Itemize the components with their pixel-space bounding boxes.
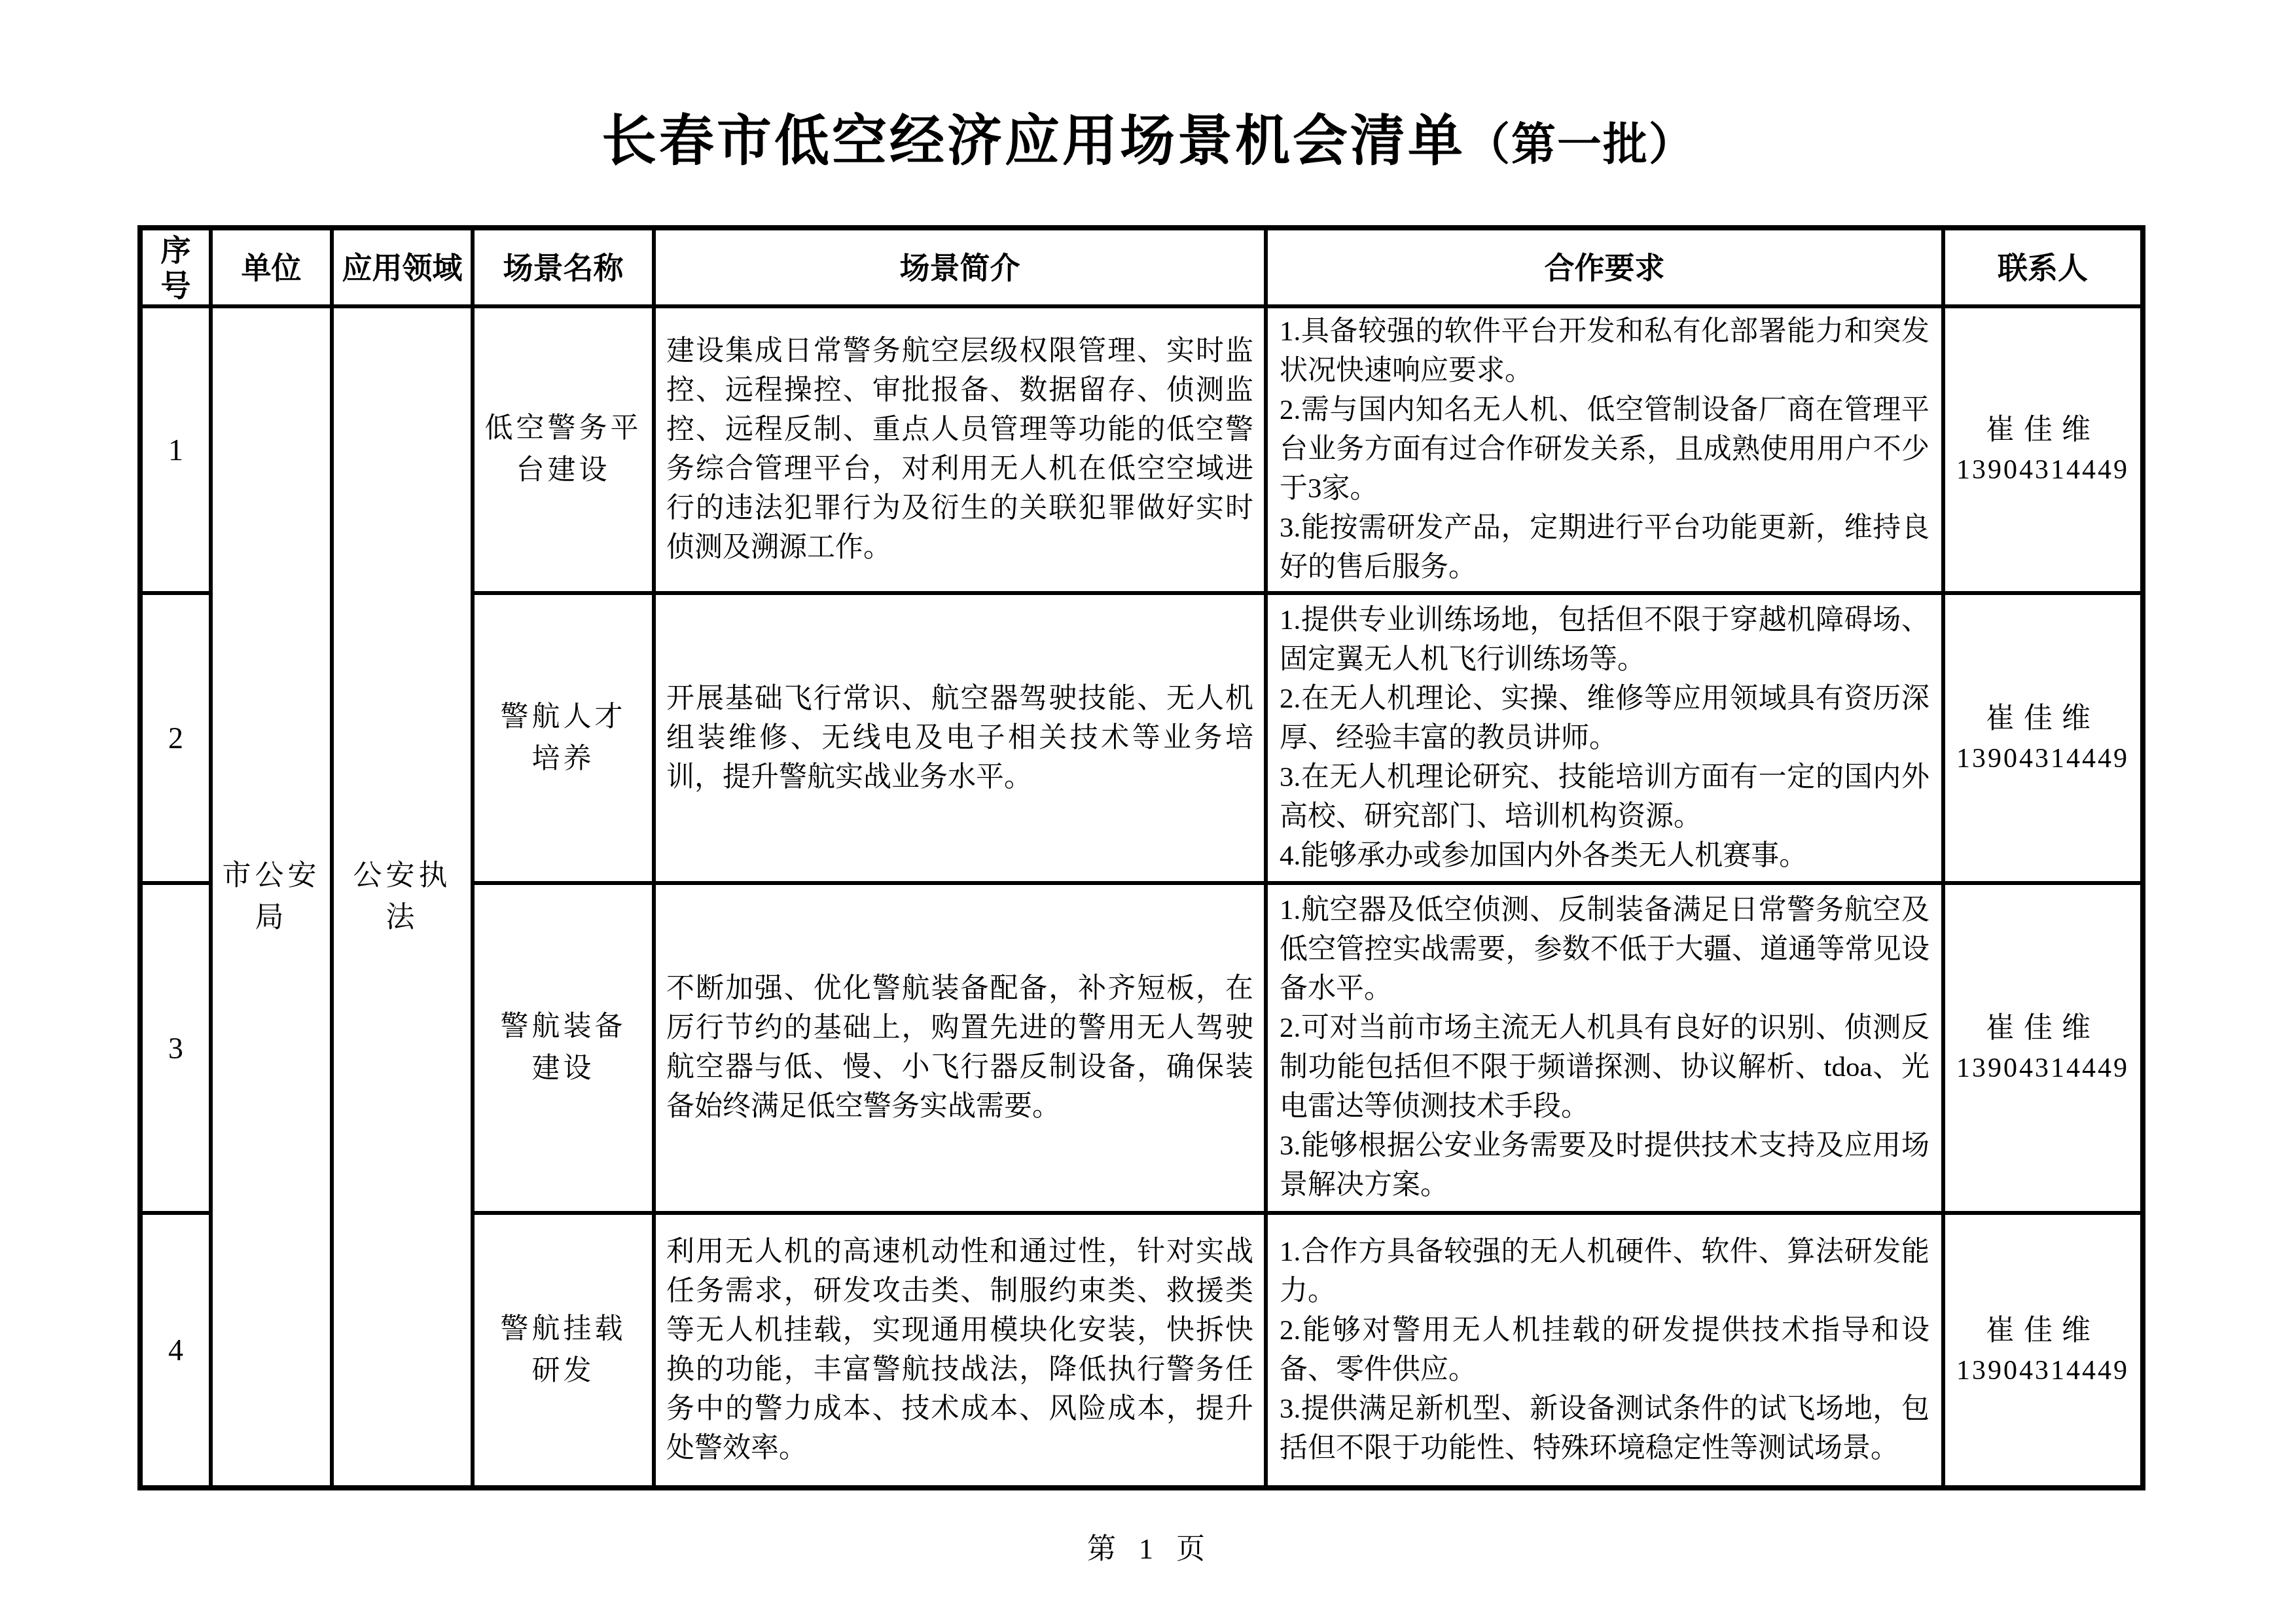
field-cell: 公安执 法 [332,306,473,1488]
contact-name: 崔佳维 [1949,1310,2136,1351]
contact-name: 崔佳维 [1949,1008,2136,1049]
requirements-cell: 1.合作方具备较强的无人机硬件、软件、算法研发能力。 2.能够对警用无人机挂载的… [1266,1213,1943,1488]
contact-name: 崔佳维 [1949,698,2136,739]
title-suffix: （第一批） [1465,109,1695,173]
page-footer: 第 1 页 [0,1525,2296,1567]
row-index-cell: 2 [140,593,211,883]
requirements-cell: 1.航空器及低空侦测、反制装备满足日常警务航空及低空管控实战需要，参数不低于大疆… [1266,883,1943,1213]
title-main: 长春市低空经济应用场景机会清单 [601,97,1465,176]
scenario-intro-cell: 建设集成日常警务航空层级权限管理、实时监控、远程操控、审批报备、数据留存、侦测监… [654,306,1266,593]
scenario-name-cell: 低空警务平 台建设 [473,306,654,593]
page-title: 长春市低空经济应用场景机会清单（第一批） [0,97,2296,176]
scenario-name-cell: 警航挂载 研发 [473,1213,654,1488]
contact-cell: 崔佳维 13904314449 [1943,1213,2143,1488]
column-header-unit: 单位 [211,228,332,306]
column-header-index: 序 号 [140,228,211,306]
scenario-intro-cell: 开展基础飞行常识、航空器驾驶技能、无人机组装维修、无线电及电子相关技术等业务培训… [654,593,1266,883]
row-index-cell: 1 [140,306,211,593]
scenario-intro-cell: 不断加强、优化警航装备配备，补齐短板，在厉行节约的基础上，购置先进的警用无人驾驶… [654,883,1266,1213]
opportunity-table: 序 号 单位 应用领域 场景名称 场景简介 合作要求 联系人 1 市公安 局 公… [137,225,2145,1490]
row-index-cell: 3 [140,883,211,1213]
column-header-requirements: 合作要求 [1266,228,1943,306]
scenario-intro-cell: 利用无人机的高速机动性和通过性，针对实战任务需求，研发攻击类、制服约束类、救援类… [654,1213,1266,1488]
requirements-cell: 1.提供专业训练场地，包括但不限于穿越机障碍场、固定翼无人机飞行训练场等。 2.… [1266,593,1943,883]
contact-phone: 13904314449 [1949,739,2136,778]
column-header-contact: 联系人 [1943,228,2143,306]
contact-phone: 13904314449 [1949,1351,2136,1390]
contact-phone: 13904314449 [1949,450,2136,490]
contact-cell: 崔佳维 13904314449 [1943,883,2143,1213]
requirements-cell: 1.具备较强的软件平台开发和私有化部署能力和突发状况快速响应要求。 2.需与国内… [1266,306,1943,593]
row-index-cell: 4 [140,1213,211,1488]
contact-name: 崔佳维 [1949,410,2136,450]
column-header-intro: 场景简介 [654,228,1266,306]
contact-cell: 崔佳维 13904314449 [1943,306,2143,593]
header-row: 序 号 单位 应用领域 场景名称 场景简介 合作要求 联系人 [140,228,2143,306]
scenario-name-cell: 警航人才 培养 [473,593,654,883]
table-row: 1 市公安 局 公安执 法 低空警务平 台建设 建设集成日常警务航空层级权限管理… [140,306,2143,593]
unit-cell: 市公安 局 [211,306,332,1488]
contact-phone: 13904314449 [1949,1049,2136,1088]
scenario-name-cell: 警航装备 建设 [473,883,654,1213]
column-header-scenario: 场景名称 [473,228,654,306]
page: 长春市低空经济应用场景机会清单（第一批） 序 号 单位 应用领域 场景名称 场景… [0,0,2296,1624]
contact-cell: 崔佳维 13904314449 [1943,593,2143,883]
column-header-field: 应用领域 [332,228,473,306]
